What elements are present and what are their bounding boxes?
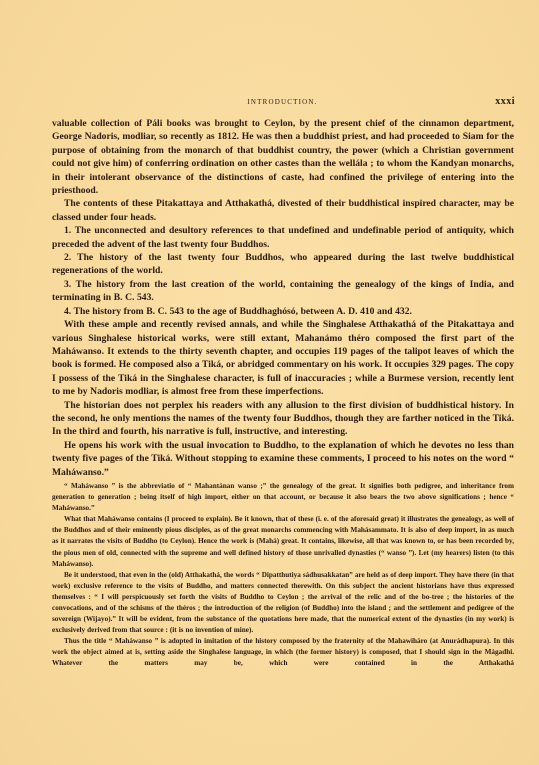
running-title: INTRODUCTION. bbox=[50, 98, 515, 106]
paragraph-head-1: 1. The unconnected and desultory referen… bbox=[52, 224, 514, 251]
paragraph-annals: With these ample and recently revised an… bbox=[52, 318, 514, 398]
quoted-paragraph: “ Maháwanso ” is the abbreviatio of “ Ma… bbox=[52, 481, 514, 514]
quoted-paragraph: Thus the title “ Maháwanso ” is adopted … bbox=[52, 636, 514, 669]
paragraph-head-4: 4. The history from B. C. 543 to the age… bbox=[52, 305, 514, 318]
book-page: INTRODUCTION. xxxi valuable collection o… bbox=[0, 0, 539, 765]
paragraph-head-2: 2. The history of the last twenty four B… bbox=[52, 251, 514, 278]
body-text: valuable collection of Páli books was br… bbox=[52, 117, 514, 670]
page-number: xxxi bbox=[495, 96, 515, 107]
paragraph-continuation: valuable collection of Páli books was br… bbox=[52, 117, 514, 197]
quoted-paragraph: Be it understood, that even in the (old)… bbox=[52, 570, 514, 637]
paragraph-invocation: He opens his work with the usual invocat… bbox=[52, 439, 514, 479]
running-head: INTRODUCTION. xxxi bbox=[50, 96, 515, 108]
paragraph-contents: The contents of these Pitakattaya and At… bbox=[52, 197, 514, 224]
paragraph-historian: The historian does not perplex his reade… bbox=[52, 399, 514, 439]
paragraph-head-3: 3. The history from the last creation of… bbox=[52, 278, 514, 305]
quoted-paragraph: What that Maháwanso contains (I proceed … bbox=[52, 514, 514, 569]
